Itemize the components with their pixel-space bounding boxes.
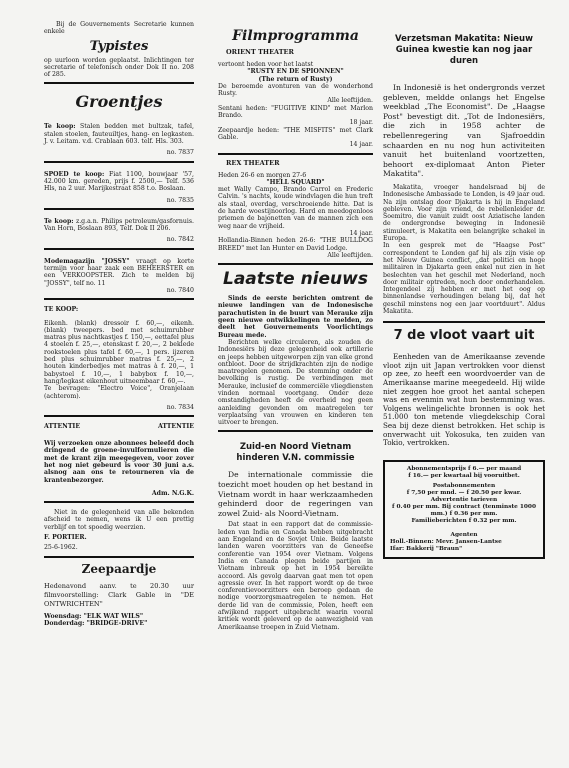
ad-lead: SPOED te koop: (44, 171, 104, 178)
orient-title: "RUSTY EN DE SPIONNEN" (218, 68, 373, 75)
verzetsman-body-1: Makatita, vroeger handelsraad bij de Ind… (383, 184, 545, 242)
rex-age: 14 jaar. (218, 230, 373, 237)
vloot-body: Eenheden van de Amerikaanse zevende vloo… (383, 353, 545, 448)
ad-item: Te koop: Stalen bedden met bultzak, tafe… (44, 123, 194, 156)
rex-date: Heden 26-6 en morgen 27-6 (218, 172, 373, 179)
rex-body: met Wally Campo, Brando Carrol en Freder… (218, 186, 373, 230)
divider (44, 501, 194, 503)
vietnam-heading: Zuid-en Noord Vietnam hinderen V.N. comm… (218, 442, 373, 464)
laatste-body: Berichten welke circuleren, als zouden d… (218, 339, 373, 427)
tekoop-number: no. 7834 (44, 404, 194, 411)
ad-item: Modemagazijn "JOSSY" vraagt op korte ter… (44, 258, 194, 294)
attentie-right: ATTENTIE (158, 423, 194, 430)
afscheid-body: Niet in de gelegenheid van alle bekenden… (44, 509, 194, 531)
vloot-heading: 7 de vloot vaart uit (383, 329, 545, 343)
typistes-heading: Typistes (44, 39, 194, 54)
post-subscriptions-heading: Postabonnementen (390, 483, 538, 490)
divider (44, 415, 194, 417)
intro-text: Bij de Gouvernements Secretarie kunnen e… (44, 21, 194, 36)
agents-heading: Agenten (390, 532, 538, 539)
ad-number: no. 7842 (44, 236, 194, 243)
divider (218, 153, 373, 155)
ad-number: no. 7835 (44, 197, 194, 204)
post-subscriptions-rates: f 7,50 per mnd. — f 20.50 per kwar. (390, 490, 538, 497)
verzetsman-body-2: In een gesprek met de "Haagse Post" corr… (383, 242, 545, 315)
attentie-body: Wij verzoeken onze abonnees beleefd doch… (44, 440, 194, 484)
divider (44, 298, 194, 300)
laatste-nieuws-heading: Laatste nieuws (218, 269, 373, 289)
afscheid-name: F. PORTIER. (44, 534, 194, 541)
filmprogramma-heading: Filmprogramma (218, 28, 373, 44)
divider (218, 430, 373, 432)
zeepaardje-thursday: Donderdag: "BRIDGE-DRIVE" (44, 620, 194, 627)
hollandia-text: Hollandia-Binnen heden 26-6: "THE BULLDO… (218, 237, 373, 252)
subscription-quarterly: f 16.— per kwartaal bij vooruitbet. (390, 473, 538, 480)
laatste-lead: Sinds de eerste berichten omtrent de nie… (218, 295, 373, 339)
ad-lead: Modemagazijn "JOSSY" (44, 258, 130, 265)
typistes-body: op uurloon worden geplaatst. Inlichtinge… (44, 57, 194, 79)
orient-subtitle: (The return of Rusty) (218, 76, 373, 83)
ad-item: SPOED te koop: Fiat 1100, bouwjaar '57, … (44, 171, 194, 204)
orient-age: Alle leeftijden. (218, 97, 373, 104)
orient-line: vertoont heden voor het laatst (218, 61, 373, 68)
agent-hollandia: Holl.-Binnen: Mevr. Jansen-Lantse (390, 539, 538, 546)
advertising-rates-heading: Advertentie tarieven (390, 497, 538, 504)
afscheid-date: 25-6-1962. (44, 544, 194, 551)
column-film-news: Filmprogramma ORIENT THEATER vertoont he… (218, 0, 373, 631)
vietnam-body: Dat staat in een rapport dat de commissi… (218, 521, 373, 630)
column-articles: Verzetsman Makatita: Nieuw Guinea kwesti… (383, 0, 545, 559)
hollandia-age: Alle leeftijden. (218, 252, 373, 259)
column-classifieds: Bij de Gouvernements Secretarie kunnen e… (44, 0, 194, 627)
ad-number: no. 7837 (44, 149, 194, 156)
divider (44, 82, 194, 84)
zeepaardje-heading: Zeepaardje (44, 562, 194, 576)
divider (44, 161, 194, 163)
agent-ifar: Ifar: Bakkerij "Braun" (390, 546, 538, 553)
zeepaardje-film-text: Zeepaardje heden: "THE MISFITS" met Clar… (218, 127, 373, 142)
orient-heading: ORIENT THEATER (226, 48, 373, 56)
verzetsman-lead: In Indonesië is het ondergronds verzet g… (383, 83, 545, 179)
divider (44, 208, 194, 210)
divider (44, 248, 194, 250)
zeepaardje-body: Hedenavond aanv. te 20.30 uur filmvoorst… (44, 582, 194, 609)
divider (218, 263, 373, 265)
ad-item: Te koop: z.g.a.n. Philips petroleum/gasf… (44, 218, 194, 244)
tekoop-body: Eikenh. (blank) dressoir f. 60,—, eikenh… (44, 320, 194, 386)
rex-heading: REX THEATER (226, 159, 373, 167)
tekoop-heading: TE KOOP: (44, 306, 194, 313)
advertising-rates: f 0.40 per mm. Bij contract (tenminste 1… (390, 504, 538, 518)
family-notices-rate: Familieberichten f 0.32 per mm. (390, 518, 538, 525)
attentie-left: ATTENTIE (44, 423, 80, 430)
vietnam-lead: De internationale commissie die toezicht… (218, 470, 373, 518)
divider (383, 321, 545, 323)
subscription-box: Abonnementsprijs f 6.— per maand f 16.— … (383, 460, 545, 559)
tekoop-contact: Te bevragen: "Electro Voice", Oranjelaan… (44, 385, 194, 400)
orient-body: De beroemde avonturen van de wonderhond … (218, 83, 373, 98)
ad-lead: Te koop: (44, 218, 74, 225)
ad-number: no. 7840 (44, 287, 194, 294)
ad-lead: Te koop: (44, 123, 76, 130)
attentie-header: ATTENTIE ATTENTIE (44, 423, 194, 430)
rex-title: "HELL SQUARD" (218, 179, 373, 186)
subscription-monthly: Abonnementsprijs f 6.— per maand (390, 466, 538, 473)
sentani-text: Sentani heden: "FUGITIVE KIND" met Marlo… (218, 105, 373, 120)
divider (44, 556, 194, 558)
zeepaardje-wednesday: Woensdag: "ELK WAT WILS" (44, 613, 194, 620)
zeepaardje-film-age: 14 jaar. (218, 141, 373, 148)
sentani-age: 18 jaar. (218, 119, 373, 126)
verzetsman-heading: Verzetsman Makatita: Nieuw Guinea kwesti… (383, 34, 545, 67)
groentjes-heading: Groentjes (44, 92, 194, 111)
attentie-sign: Adm. N.G.K. (44, 490, 194, 497)
